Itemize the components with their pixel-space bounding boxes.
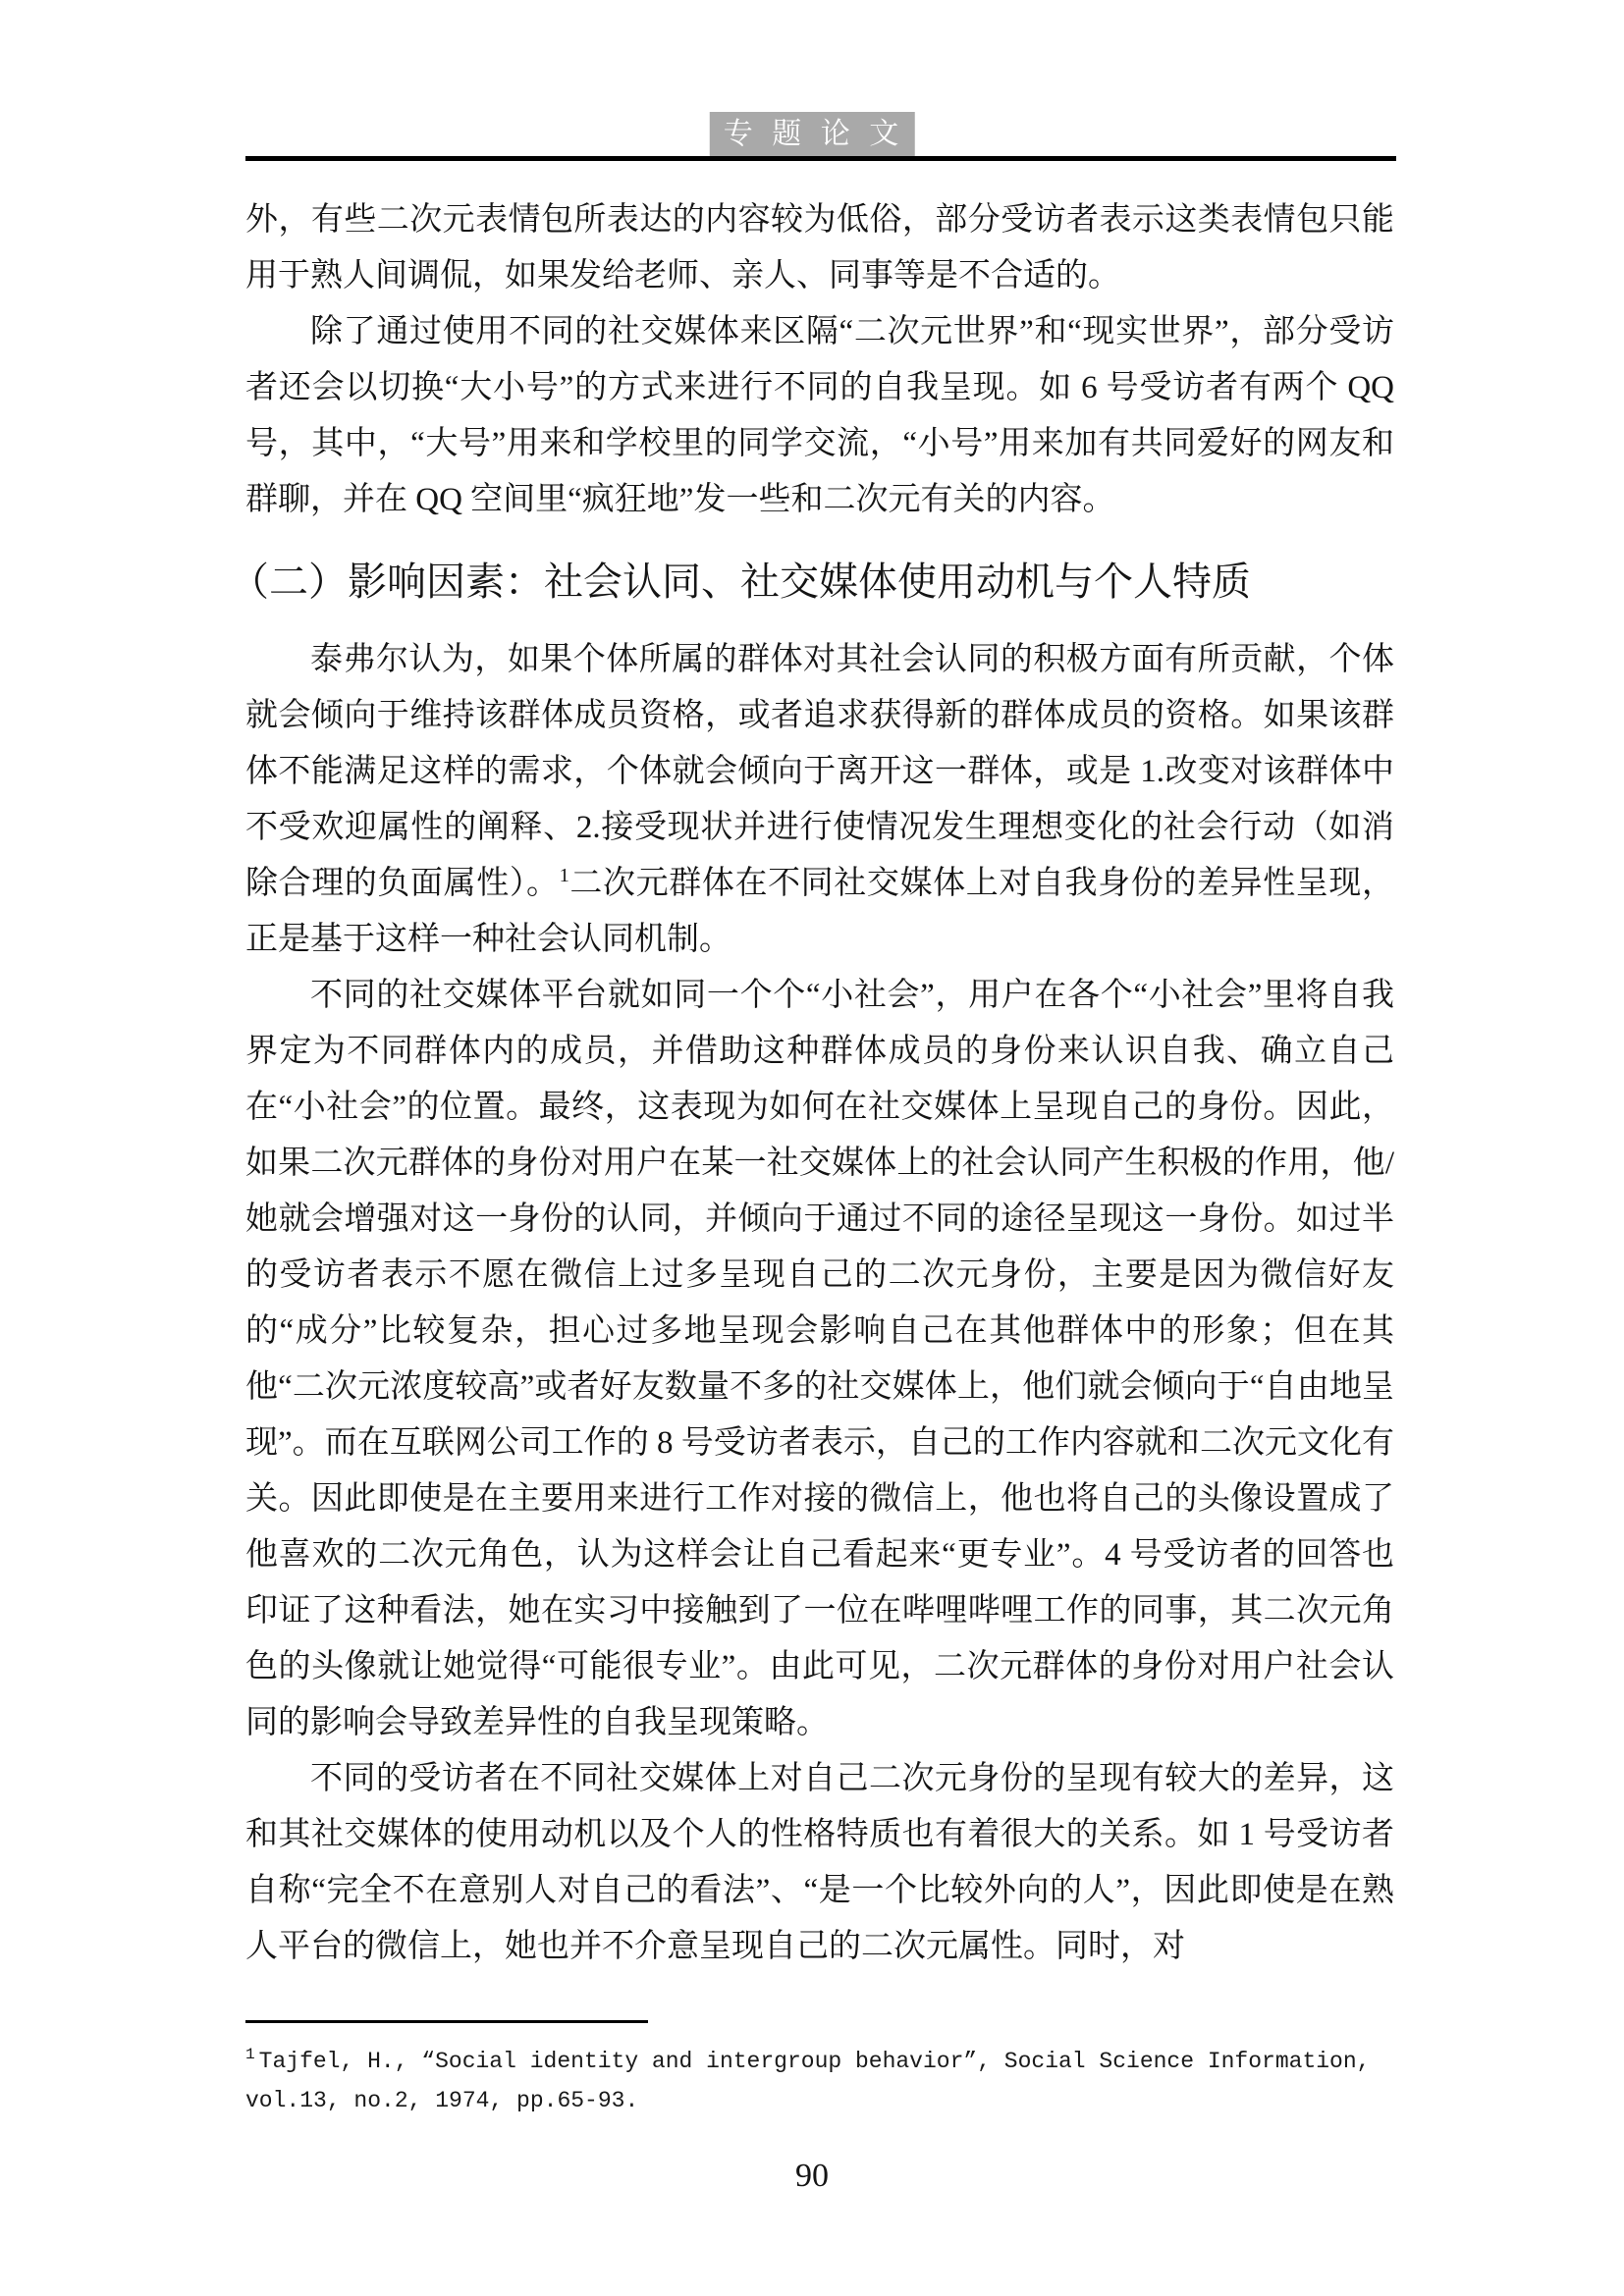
footnote-text: Tajfel, H., “Social identity and intergr… — [245, 2049, 1370, 2113]
footnote-number: 1 — [245, 2046, 255, 2063]
paragraph-text-before-footnote-marker: 泰弗尔认为，如果个体所属的群体对其社会认同的积极方面有所贡献，个体就会倾向于维持… — [245, 642, 1394, 901]
section-heading: （二）影响因素：社会认同、社交媒体使用动机与个人特质 — [245, 552, 1394, 613]
running-head-badge: 专 题 论 文 — [710, 112, 915, 157]
footnote-reference-marker: 1 — [560, 865, 569, 886]
footnote-separator — [245, 2020, 648, 2023]
paragraph: 不同的社交媒体平台就如同一个个“小社会”，用户在各个“小社会”里将自我界定为不同… — [245, 968, 1394, 1751]
body-text: 外，有些二次元表情包所表达的内容较为低俗，部分受访者表示这类表情包只能用于熟人间… — [245, 192, 1394, 1975]
paragraph: 不同的受访者在不同社交媒体上对自己二次元身份的呈现有较大的差异，这和其社交媒体的… — [245, 1751, 1394, 1975]
footnote: 1Tajfel, H., “Social identity and interg… — [245, 2042, 1404, 2120]
paper-page: 专 题 论 文 外，有些二次元表情包所表达的内容较为低俗，部分受访者表示这类表情… — [0, 0, 1624, 2296]
paragraph-continuation: 外，有些二次元表情包所表达的内容较为低俗，部分受访者表示这类表情包只能用于熟人间… — [245, 192, 1394, 304]
page-number: 90 — [0, 2158, 1624, 2195]
paragraph-with-footnote: 泰弗尔认为，如果个体所属的群体对其社会认同的积极方面有所贡献，个体就会倾向于维持… — [245, 632, 1394, 968]
paragraph: 除了通过使用不同的社交媒体来区隔“二次元世界”和“现实世界”，部分受访者还会以切… — [245, 304, 1394, 528]
header-rule — [245, 156, 1396, 161]
